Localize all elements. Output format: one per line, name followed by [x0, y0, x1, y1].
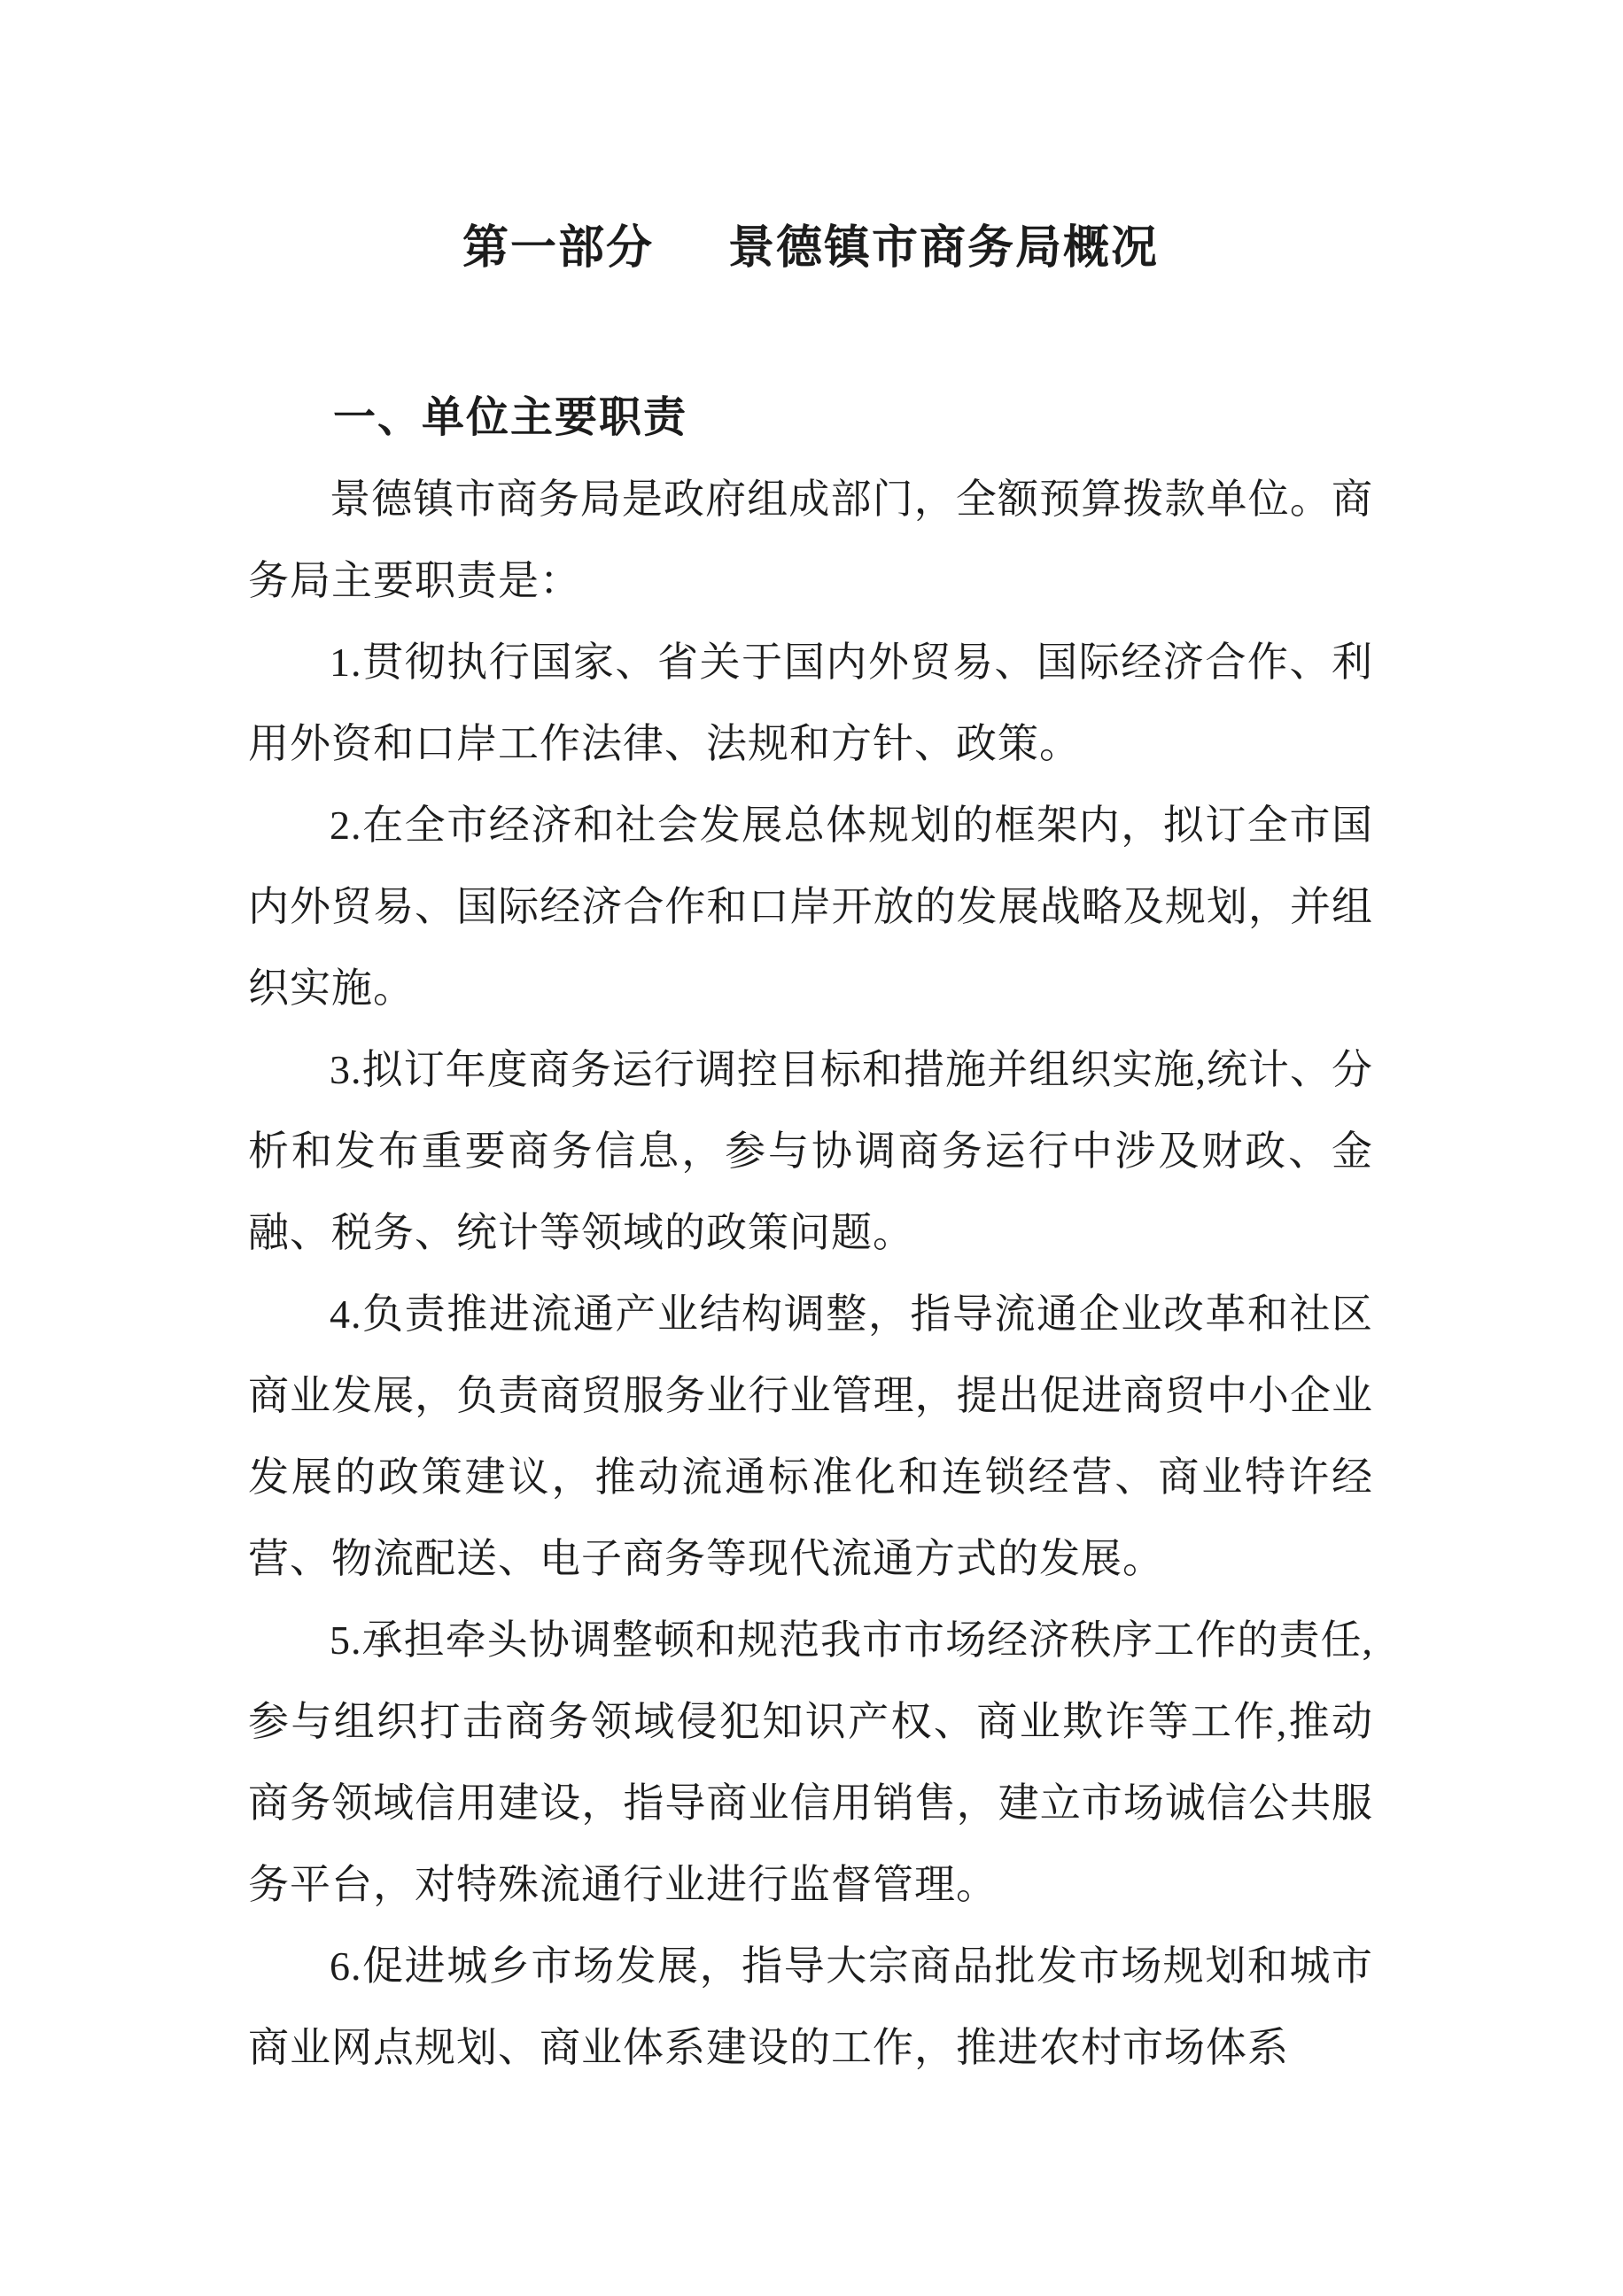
document-page: 第一部分景德镇市商务局概况 一、单位主要职责 景德镇市商务局是政府组成部门，全额… [0, 0, 1623, 2296]
paragraph-item-4: 4.负责推进流通产业结构调整，指导流通企业改革和社区商业发展，负责商贸服务业行业… [248, 1274, 1373, 1600]
page-title-part2: 景德镇市商务局概况 [728, 223, 1159, 274]
paragraph-item-1: 1.贯彻执行国家、省关于国内外贸易、国际经济合作、利用外资和口岸工作法律、法规和… [248, 622, 1373, 785]
document-body: 景德镇市商务局是政府组成部门，全额预算拨款单位。商务局主要职责是： 1.贯彻执行… [248, 459, 1373, 2089]
paragraph-item-3: 3.拟订年度商务运行调控目标和措施并组织实施,统计、分析和发布重要商务信息，参与… [248, 1029, 1373, 1274]
paragraph-item-2: 2.在全市经济和社会发展总体规划的框架内，拟订全市国内外贸易、国际经济合作和口岸… [248, 785, 1373, 1029]
section-heading: 一、单位主要职责 [248, 390, 1373, 446]
paragraph-item-6: 6.促进城乡市场发展，指导大宗商品批发市场规划和城市商业网点规划、商业体系建设的… [248, 1926, 1373, 2089]
page-title: 第一部分景德镇市商务局概况 [248, 0, 1373, 276]
paragraph-intro: 景德镇市商务局是政府组成部门，全额预算拨款单位。商务局主要职责是： [248, 459, 1373, 622]
paragraph-item-5: 5.承担牵头协调整顿和规范我市市场经济秩序工作的责任,参与组织打击商务领域侵犯知… [248, 1600, 1373, 1926]
page-title-part1: 第一部分 [462, 223, 654, 274]
